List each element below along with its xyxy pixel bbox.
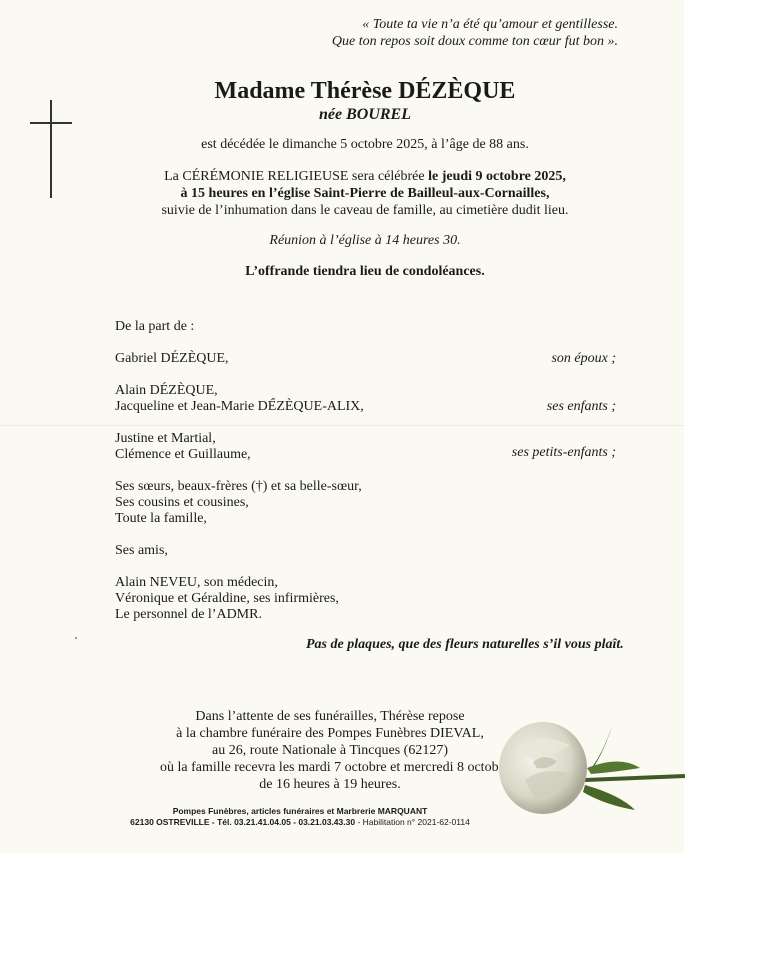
viewing-details: Dans l’attente de ses funérailles, Thérè… (160, 708, 500, 793)
family-member: Toute la famille, (115, 510, 207, 527)
quote-line-1: « Toute ta vie n’a été qu’amour et genti… (300, 16, 618, 33)
meeting-time: Réunion à l’église à 14 heures 30. (0, 232, 730, 249)
scan-speck (75, 637, 77, 639)
family-member: Alain NEVEU, son médecin, (115, 574, 278, 591)
family-member: Ses sœurs, beaux-frères (†) et sa belle-… (115, 478, 362, 495)
viewing-line: où la famille recevra les mardi 7 octobr… (160, 759, 500, 776)
viewing-line: de 16 heures à 19 heures. (160, 776, 500, 793)
family-member: Alain DÉZÈQUE, (115, 382, 218, 399)
white-rose-image (495, 710, 685, 830)
viewing-line: au 26, route Nationale à Tincques (62127… (160, 742, 500, 759)
family-member: Jacqueline et Jean-Marie DÉZÈQUE-ALIX, (115, 398, 364, 415)
offering-note: L’offrande tiendra lieu de condoléances. (0, 263, 730, 280)
maiden-name: née BOUREL (0, 106, 730, 124)
ceremony-line-3: suivie de l’inhumation dans le caveau de… (0, 202, 730, 219)
fold-line (0, 425, 684, 426)
viewing-line: à la chambre funéraire des Pompes Funèbr… (160, 725, 500, 742)
family-member: Ses amis, (115, 542, 168, 559)
funeral-home-license: - Habilitation n° 2021-62-0114 (355, 817, 470, 827)
deceased-name: Madame Thérèse DÉZÈQUE (0, 78, 730, 105)
relationship-label: ses enfants ; (547, 398, 616, 415)
death-announcement: est décédée le dimanche 5 octobre 2025, … (0, 136, 730, 153)
family-member: Le personnel de l’ADMR. (115, 606, 262, 623)
relationship-label: ses petits-enfants ; (512, 444, 616, 461)
family-member: Justine et Martial, (115, 430, 216, 447)
funeral-home-footer: Pompes Funèbres, articles funéraires et … (110, 806, 490, 828)
funeral-home-name: Pompes Funèbres, articles funéraires et … (110, 806, 490, 817)
on-behalf-of-label: De la part de : (115, 318, 194, 335)
no-plaques-note: Pas de plaques, que des fleurs naturelle… (306, 636, 624, 653)
family-member: Véronique et Géraldine, ses infirmières, (115, 590, 339, 607)
ceremony-details: La CÉRÉMONIE RELIGIEUSE sera célébrée le… (0, 168, 730, 219)
relationship-label: son époux ; (551, 350, 616, 367)
scan-speck (273, 398, 275, 400)
funeral-home-contact: 62130 OSTREVILLE - Tél. 03.21.41.04.05 -… (130, 817, 355, 827)
quote-line-2: Que ton repos soit doux comme ton cœur f… (300, 33, 618, 50)
ceremony-line-1a: La CÉRÉMONIE RELIGIEUSE sera célébrée (164, 169, 428, 184)
ceremony-line-2: à 15 heures en l’église Saint-Pierre de … (0, 185, 730, 202)
family-member: Clémence et Guillaume, (115, 446, 251, 463)
epigraph-quote: « Toute ta vie n’a été qu’amour et genti… (300, 16, 618, 50)
viewing-line: Dans l’attente de ses funérailles, Thérè… (160, 708, 500, 725)
ceremony-date: le jeudi 9 octobre 2025, (428, 169, 566, 184)
family-member: Ses cousins et cousines, (115, 494, 249, 511)
family-member: Gabriel DÉZÈQUE, (115, 350, 229, 367)
